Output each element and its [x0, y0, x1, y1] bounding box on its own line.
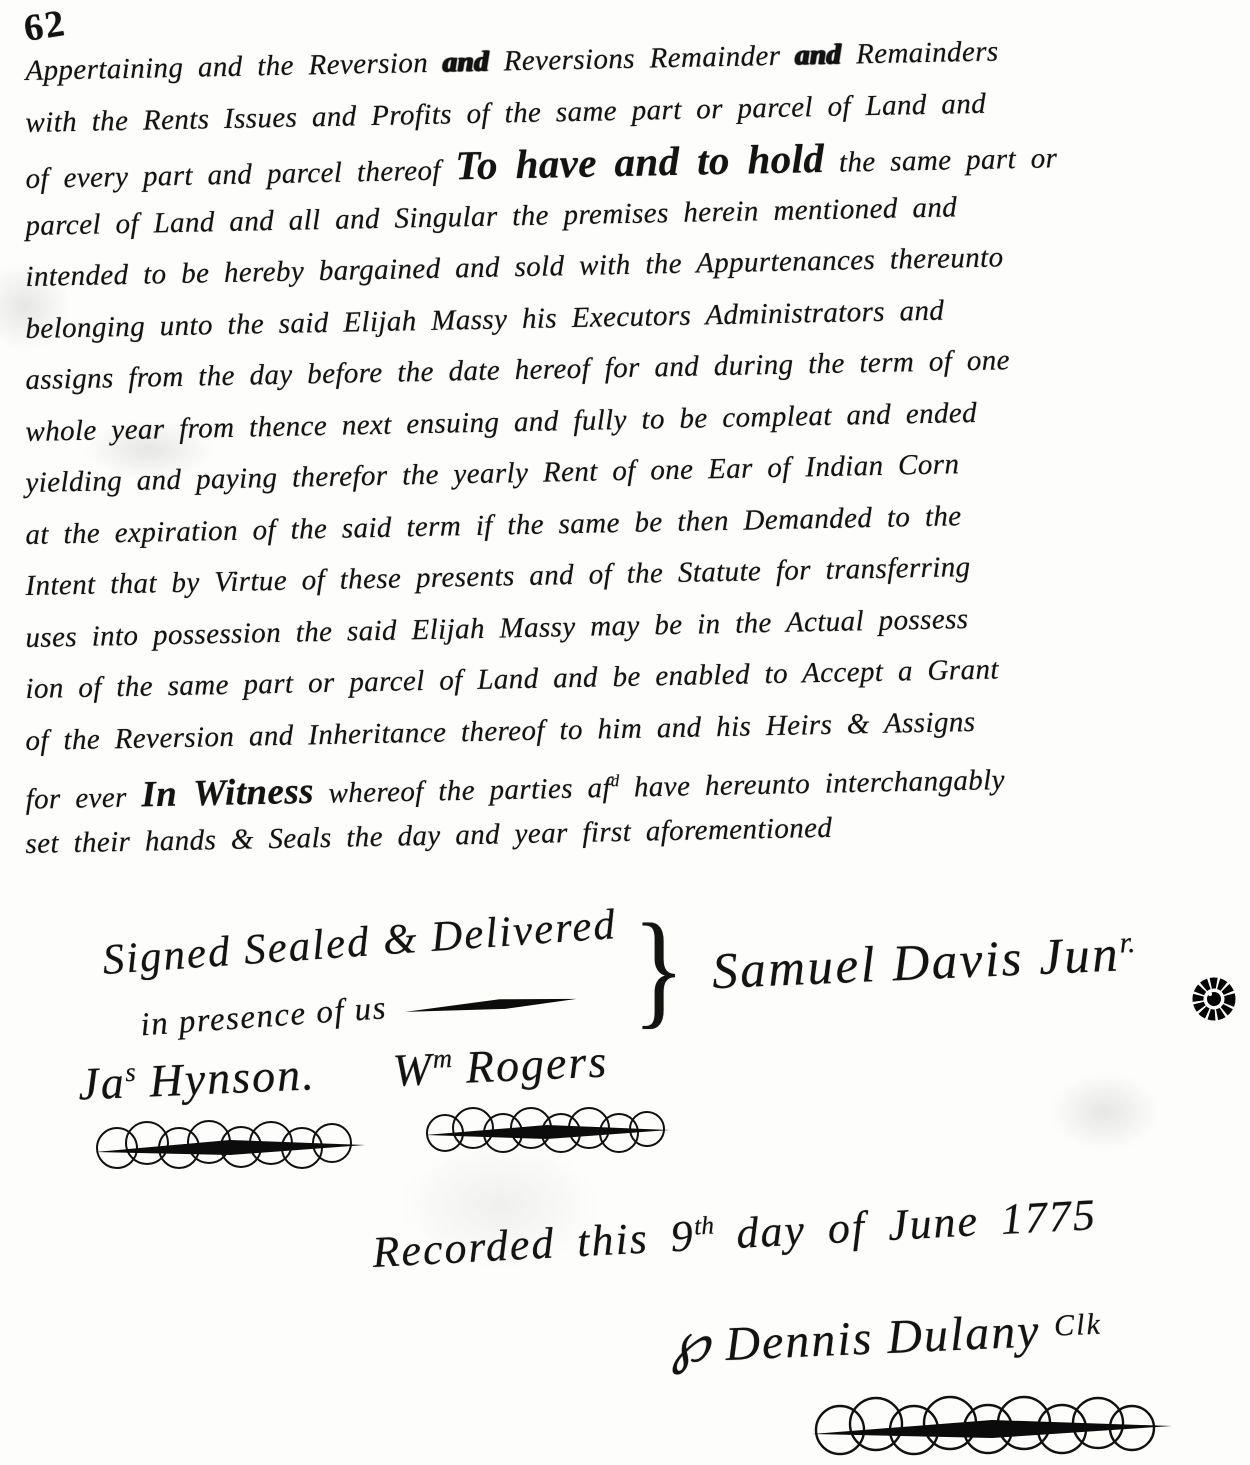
deed-line-3-text: of every part and parcel thereof: [25, 154, 456, 195]
deed-line-3-text: the same part or: [824, 142, 1058, 179]
grantor-name: Samuel Davis Jun: [711, 926, 1121, 1000]
pen-stroke-dash-icon: [405, 991, 581, 1019]
overwritten-word: and: [442, 46, 489, 79]
clerk-title-abbreviation: Clk: [1053, 1308, 1102, 1343]
ordinal-superscript: th: [693, 1210, 714, 1240]
in-presence-of-us-text: in presence of us: [139, 990, 388, 1043]
deed-line-1-text: Remainders: [841, 35, 999, 70]
pen-flourish-scribble-icon: [812, 1388, 1172, 1464]
witness-name: Ja: [77, 1057, 127, 1110]
pen-flourish-scribble-icon: [95, 1112, 365, 1178]
deed-body-text: Appertaining and the Reversion and Rever…: [26, 46, 1236, 870]
witness-signature-hynson: Jas Hynson.: [77, 1048, 316, 1109]
attestation-brace: }: [633, 905, 685, 1033]
clerk-signature: ℘Dennis Dulany Clk: [669, 1293, 1103, 1377]
per-symbol: ℘: [669, 1312, 713, 1376]
deed-line-1-text: Reversions Remainder: [489, 40, 796, 78]
wax-seal-icon: [1190, 972, 1238, 1026]
witness-signature-rogers: Wm Rogers: [392, 1035, 609, 1095]
habendum-clause-emphasis: To have and to hold: [455, 135, 825, 188]
deed-line-15-text: whereof the parties af: [314, 772, 612, 810]
aforesaid-superscript: d: [611, 771, 620, 790]
junior-superscript: r.: [1119, 927, 1136, 960]
grantor-signature: Samuel Davis Junr.: [711, 925, 1137, 1001]
page-number: 62: [21, 1, 69, 51]
name-superscript: m: [432, 1043, 453, 1074]
deed-line-15-text: have hereunto interchangably: [619, 764, 1005, 804]
deed-record-page: 62 Appertaining and the Reversion and Re…: [0, 0, 1250, 1465]
witness-name: Rogers: [451, 1035, 609, 1093]
deed-line-15-text: for ever: [25, 781, 141, 815]
witness-name: Hynson.: [135, 1048, 317, 1107]
pen-flourish-scribble-icon: [425, 1100, 670, 1162]
recording-text: day of June 1775: [713, 1190, 1098, 1259]
deed-line-1-text: Appertaining and the Reversion: [25, 47, 443, 87]
clerk-name: Dennis Dulany: [724, 1304, 1055, 1371]
overwritten-word: and: [795, 39, 842, 72]
scan-smudge: [1050, 1072, 1160, 1152]
witness-name: W: [392, 1043, 435, 1096]
signed-sealed-delivered-line: Signed Sealed & Delivered: [101, 900, 618, 985]
witness-clause-emphasis: In Witness: [141, 771, 314, 815]
in-presence-of-us-line: in presence of us: [139, 977, 580, 1045]
